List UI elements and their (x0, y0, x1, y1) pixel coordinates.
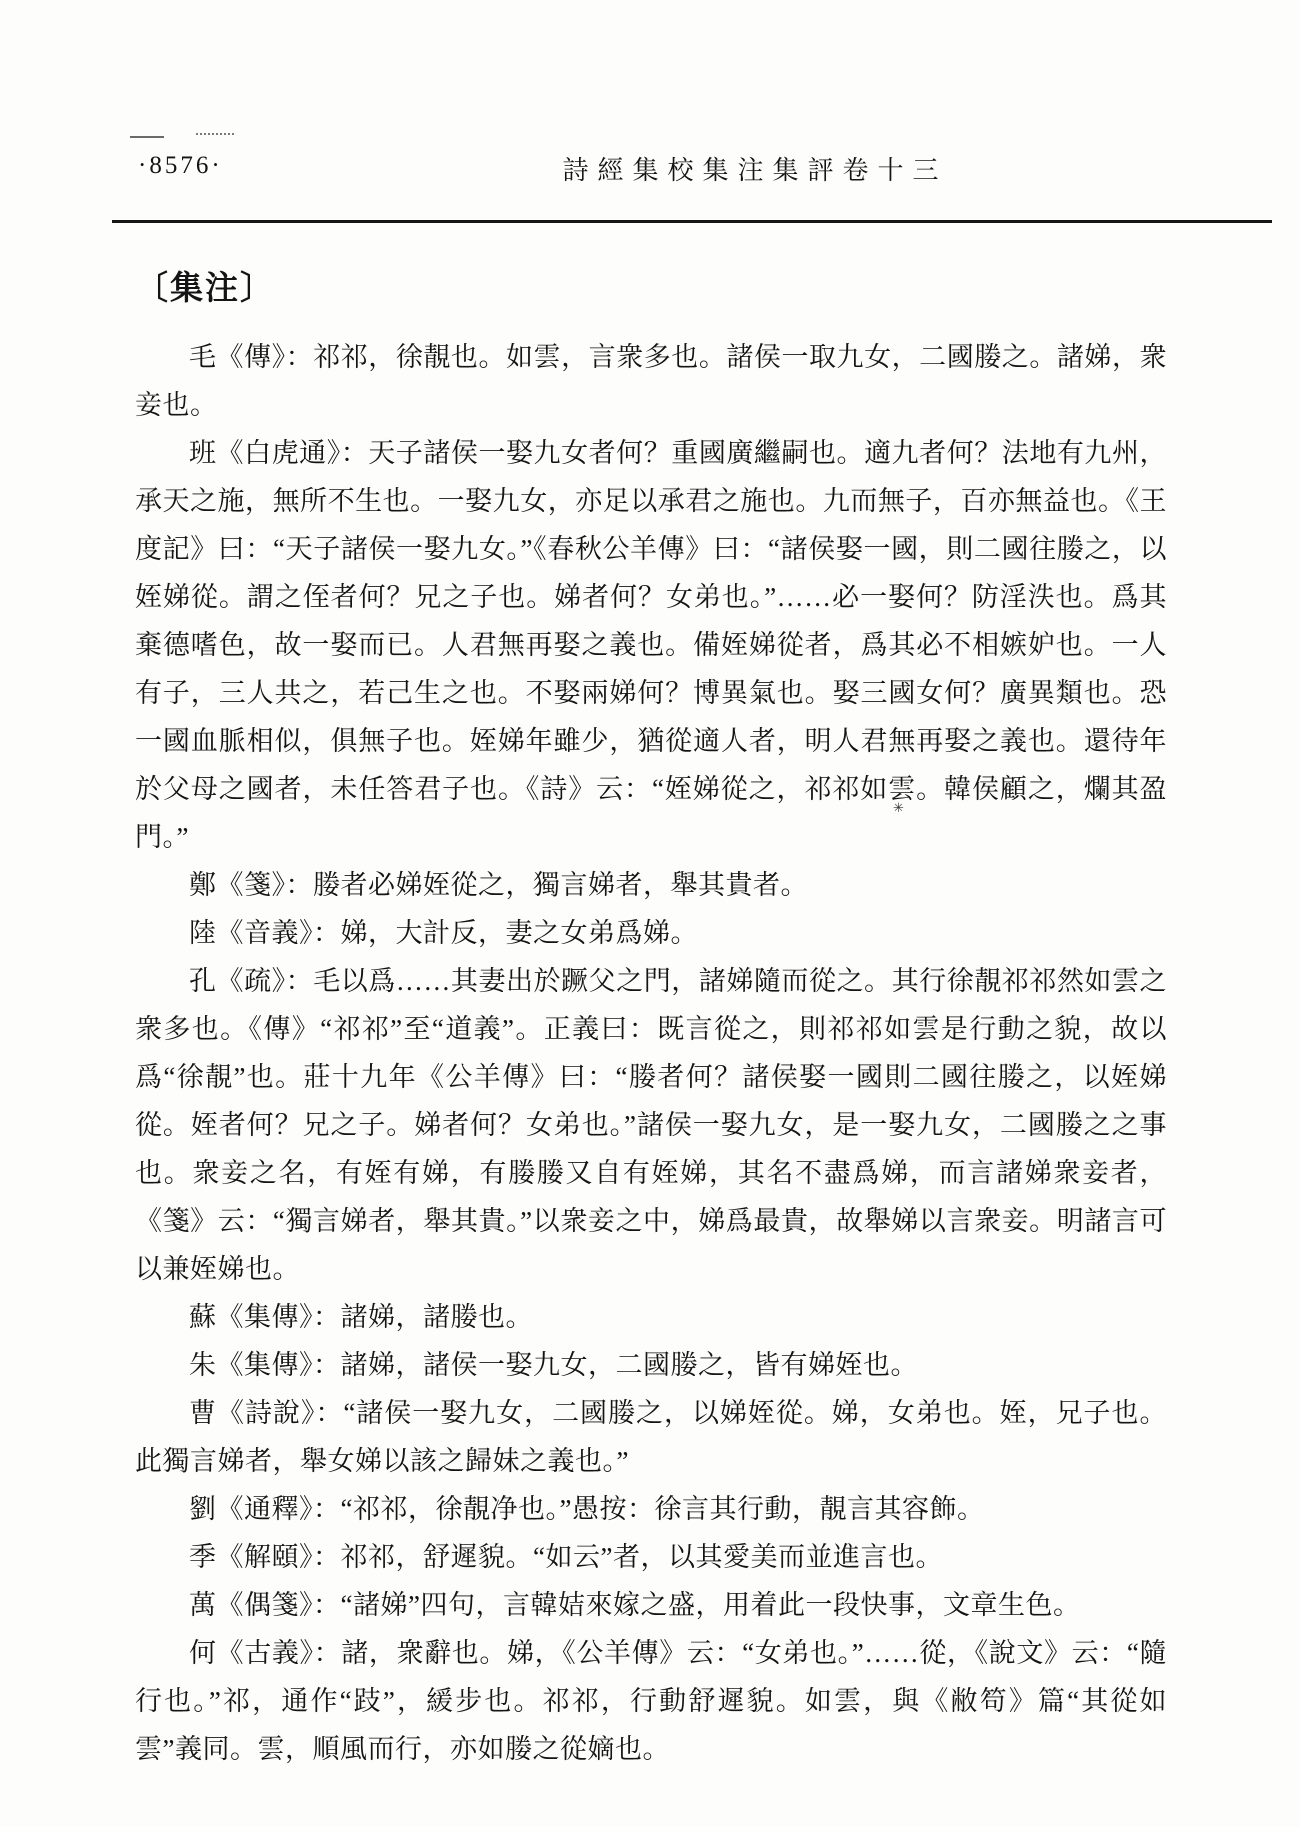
scan-artifact-dash (130, 136, 164, 138)
paragraph-lu-yinyi: 陸《音義》：娣，大計反，妻之女弟爲娣。 (135, 909, 1167, 957)
text-block: 〔集注〕 毛《傳》：祁祁，徐靚也。如雲，言衆多也。諸侯一取九女，二國媵之。諸娣，… (135, 262, 1167, 1773)
paragraph-cao-shishuo: 曹《詩說》：“諸侯一娶九女，二國媵之，以娣姪從。娣，女弟也。姪，兄子也。此獨言娣… (135, 1389, 1167, 1485)
paragraph-wan-oujian: 萬《偶箋》：“諸娣”四句，言韓姞來嫁之盛，用着此一段快事，文章生色。 (135, 1581, 1167, 1629)
paragraph-zheng-jian: 鄭《箋》：媵者必娣姪從之，獨言娣者，舉其貴者。 (135, 861, 1167, 909)
paragraph-zhu-jizhuan: 朱《集傳》：諸娣，諸侯一娶九女，二國媵之，皆有娣姪也。 (135, 1341, 1167, 1389)
paragraph-kong-shu: 孔《疏》：毛以爲……其妻出於蹶父之門，諸娣隨而從之。其行徐靚祁祁然如雲之衆多也。… (135, 957, 1167, 1293)
paragraph-mao-zhuan: 毛《傳》：祁祁，徐靚也。如雲，言衆多也。諸侯一取九女，二國媵之。諸娣，衆妾也。 (135, 333, 1167, 429)
header-rule (112, 220, 1272, 223)
paragraph-he-guyi: 何《古義》：諸，衆辭也。娣，《公羊傳》云：“女弟也。”……從，《說文》云：“隨行… (135, 1629, 1167, 1773)
paragraph-ban-baihutong: 班《白虎通》：天子諸侯一娶九女者何？重國廣繼嗣也。適九者何？法地有九州，承天之施… (135, 429, 1167, 861)
section-heading: 〔集注〕 (135, 262, 1167, 309)
paragraph-ji-jieyi: 季《解頤》：祁祁，舒遲貌。“如云”者，以其愛美而並進言也。 (135, 1533, 1167, 1581)
scan-artifact-dash (196, 133, 234, 135)
paragraph-su-jizhuan: 蘇《集傳》：諸娣，諸媵也。 (135, 1293, 1167, 1341)
scanned-book-page: ·8576· 詩經集校集注集評卷十三 ✳ 〔集注〕 毛《傳》：祁祁，徐靚也。如雲… (0, 0, 1300, 1827)
running-title: 詩經集校集注集評卷十三 (340, 150, 1170, 187)
paragraph-liu-tongshi: 劉《通釋》：“祁祁，徐靚净也。”愚按：徐言其行動，靚言其容飾。 (135, 1485, 1167, 1533)
page-number: ·8576· (138, 152, 223, 180)
